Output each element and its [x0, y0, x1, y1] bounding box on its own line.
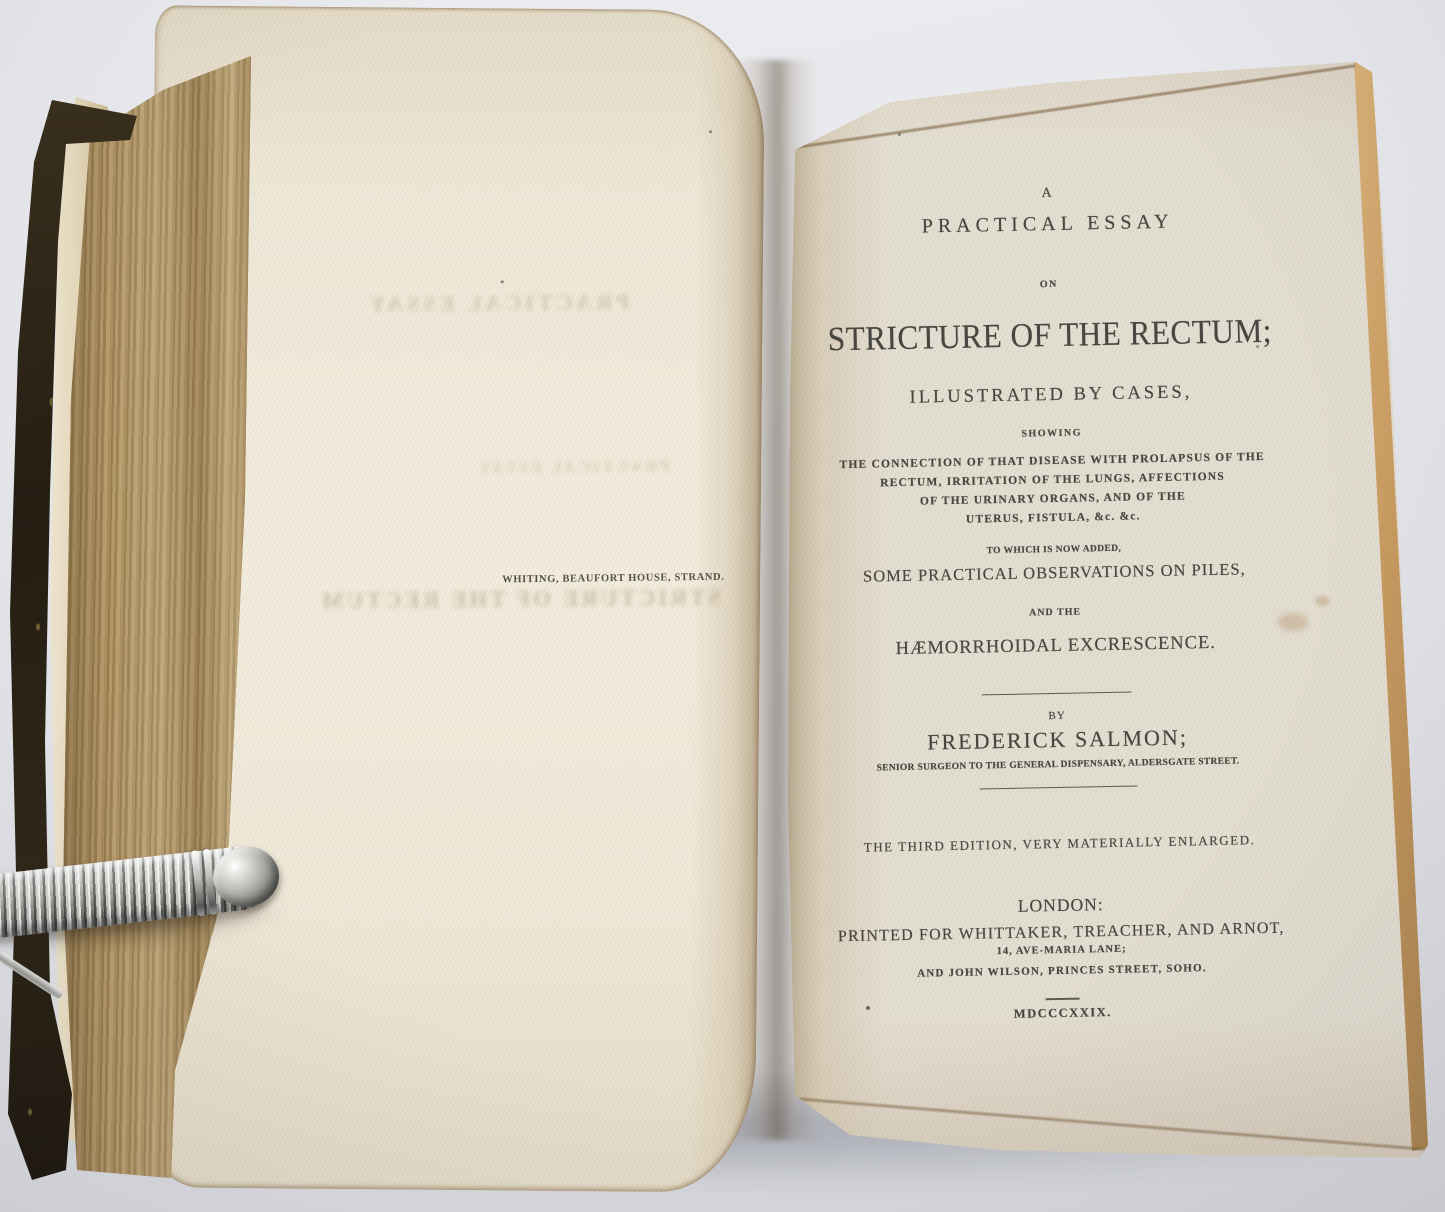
printer-imprint: WHITING, BEAUFORT HOUSE, STRAND. — [502, 572, 694, 585]
title-text-block: A PRACTICAL ESSAY ON STRICTURE OF THE RE… — [778, 0, 1331, 1212]
showthrough-text: STRICTURE OF THE RECTUM — [295, 585, 745, 615]
observations-line: SOME PRACTICAL OBSERVATIONS ON PILES, — [789, 558, 1319, 588]
gutter-shadow — [733, 60, 818, 1140]
divider-rule — [1046, 998, 1080, 1001]
publisher-line: AND JOHN WILSON, PRINCES STREET, SOHO. — [797, 960, 1327, 982]
author-title: SENIOR SURGEON TO THE GENERAL DISPENSARY… — [793, 755, 1323, 775]
edition-line: THE THIRD EDITION, VERY MATERIALLY ENLAR… — [794, 831, 1324, 857]
added-note: TO WHICH IS NOW ADDED, — [789, 540, 1319, 560]
showing-label: SHOWING — [787, 423, 1317, 444]
paper-speck — [501, 280, 504, 283]
right-fore-edge — [1348, 55, 1436, 1155]
title-word-on: ON — [784, 274, 1314, 295]
divider-rule — [979, 785, 1137, 789]
excrescence-line: HÆMORRHOIDAL EXCRESCENCE. — [791, 631, 1321, 662]
and-the-label: AND THE — [790, 602, 1320, 623]
title-line-practical-essay: PRACTICAL ESSAY — [783, 208, 1313, 241]
book-photo: PRACTICAL ESSAY PRACTICAL ESSAY STRICTUR… — [0, 0, 1445, 1212]
city-line: LONDON: — [796, 890, 1326, 921]
divider-rule — [982, 692, 1132, 696]
showthrough-text: PRACTICAL ESSAY — [332, 289, 662, 318]
showthrough-text: PRACTICAL ESSAY — [473, 458, 673, 478]
paper-speck — [709, 130, 712, 133]
half-title-letter: A — [782, 181, 1312, 207]
subtitle-illustrated-by-cases: ILLUSTRATED BY CASES, — [786, 380, 1316, 411]
connection-paragraph-line: THE CONNECTION OF THAT DISEASE WITH PROL… — [787, 450, 1317, 472]
connection-paragraph-line: OF THE URINARY ORGANS, AND OF THE — [788, 488, 1318, 510]
publication-year: MDCCCXXIX. — [798, 1001, 1328, 1026]
author-name: FREDERICK SALMON; — [792, 722, 1322, 758]
connection-paragraph-line: UTERUS, FISTULA, &c. &c. — [788, 507, 1318, 529]
title-page: A PRACTICAL ESSAY ON STRICTURE OF THE RE… — [770, 45, 1445, 1175]
title-line-stricture: STRICTURE OF THE RECTUM; — [806, 312, 1294, 359]
connection-paragraph-line: RECTUM, IRRITATION OF THE LUNGS, AFFECTI… — [788, 469, 1318, 491]
